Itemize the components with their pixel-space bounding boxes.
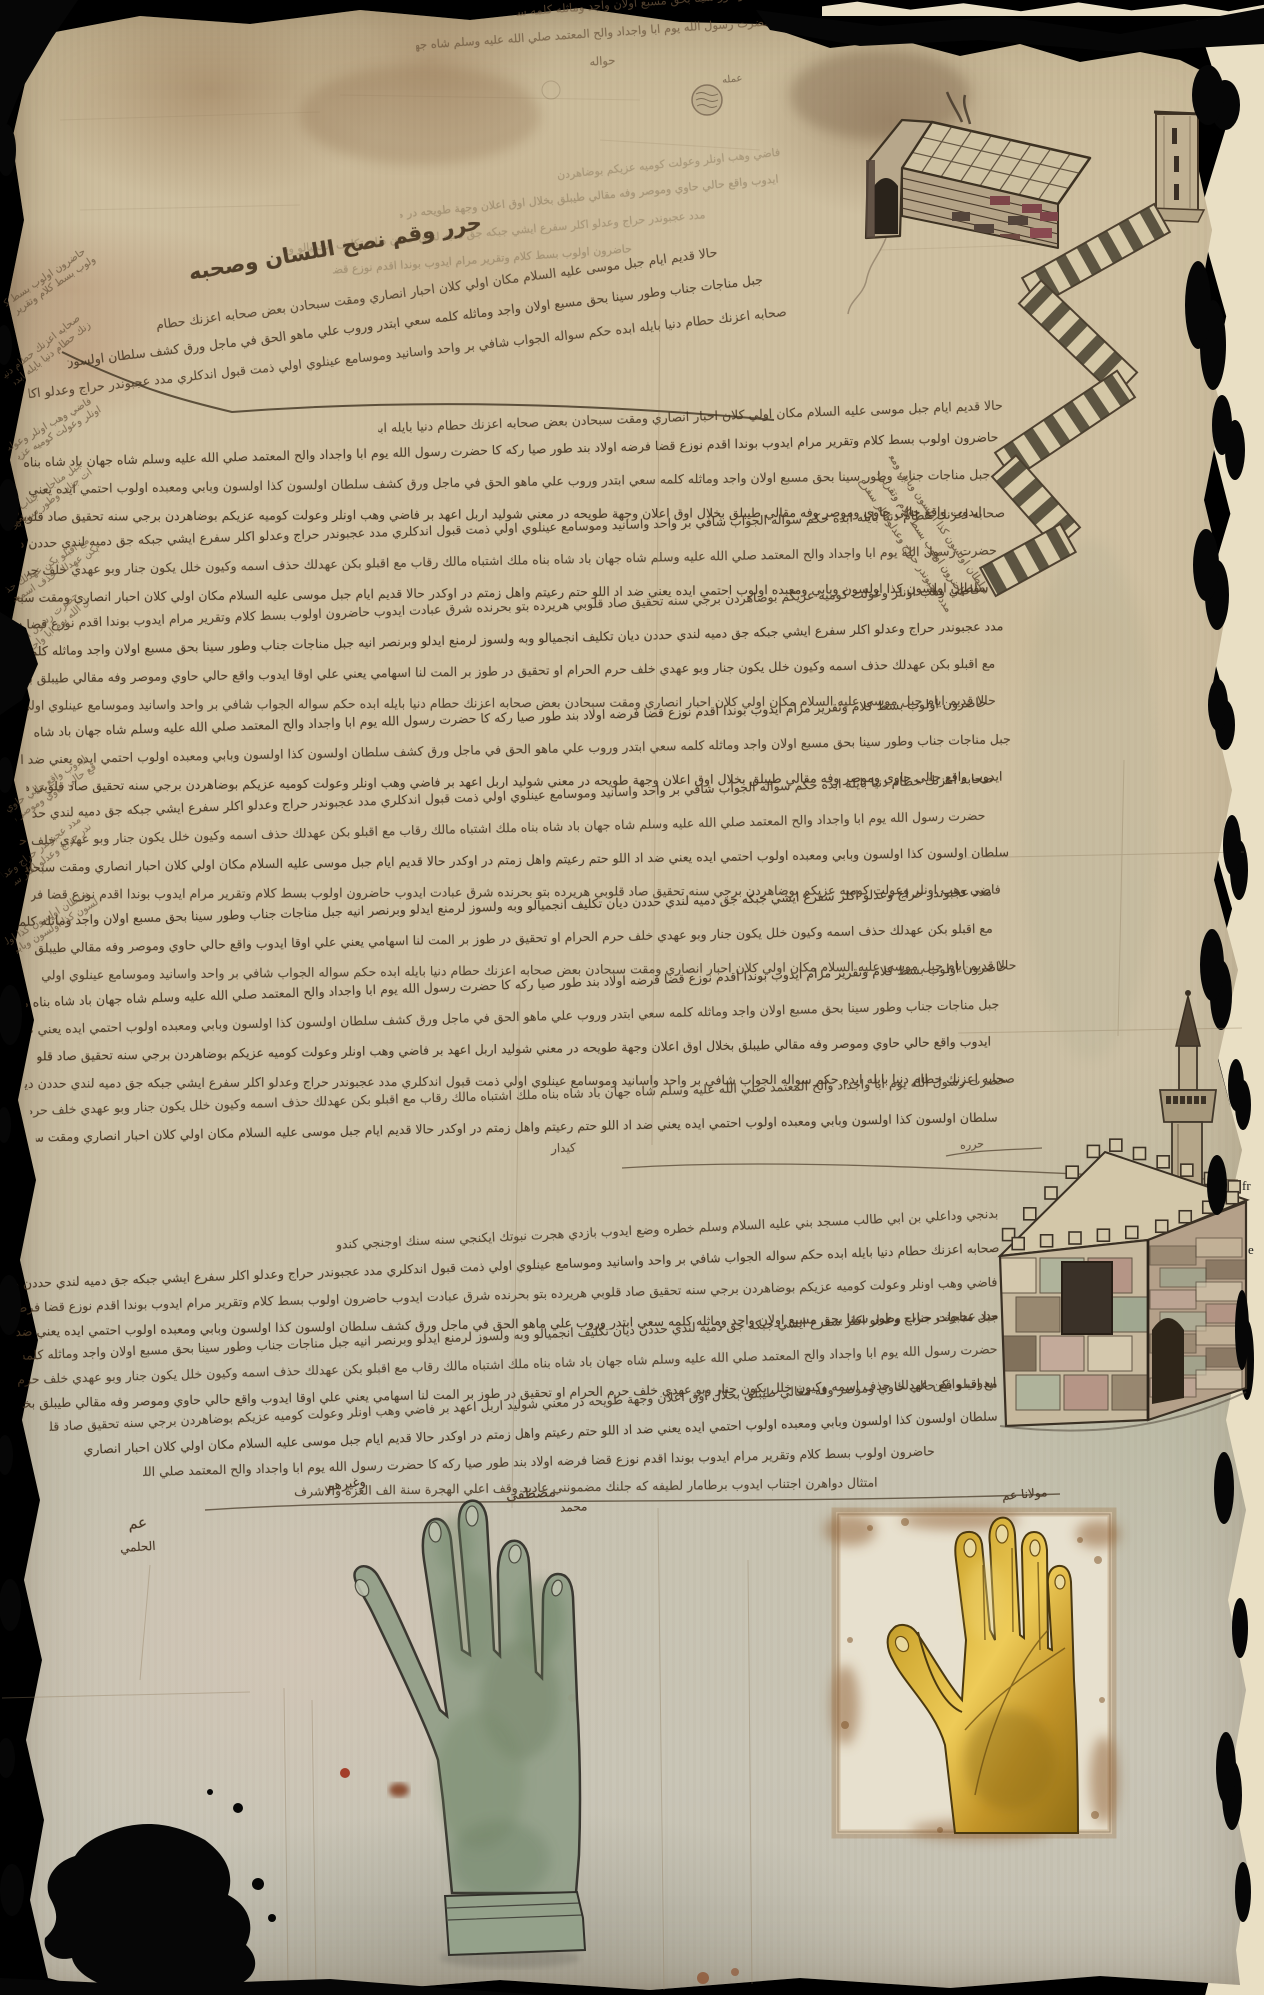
- witness-signature: محمد: [560, 1499, 588, 1514]
- script-line: حضرت رسول الله يوم ابا واجداد والح المعت…: [27, 542, 997, 577]
- script-line: مع اقبلو بكن عهدلك حذف اسمه وكيون خلل يك…: [33, 921, 993, 956]
- script-line: مع اقبلو بكن عهدلك حذف اسمه وكيون خلل يك…: [13, 656, 995, 686]
- margin-script-line: صحابه اعزنك حطام دنيا بايل: [0, 313, 82, 381]
- inline-word: عمله: [721, 73, 742, 86]
- manuscript-photograph: جبل مناجات جناب وطور سينا بحق مسبع اولان…: [0, 0, 1264, 1995]
- script-line: سلطان اولسون كذا اولسون وبابي ومعبده اول…: [36, 1110, 998, 1145]
- witness-signature: مولانا عم: [1001, 1485, 1047, 1503]
- inline-word: كيدار: [551, 1141, 576, 1156]
- script-line: جبل مناجات جناب وطور سينا بحق مسبع اولان…: [21, 731, 1011, 767]
- witness-signature: الحلمي: [120, 1539, 157, 1555]
- script-line: جبل مناجات جناب وطور سينا بحق مسبع اولان…: [516, 0, 834, 19]
- script-line: حاضرون اولوب بسط كلام وتقرير مرام ايدوب …: [23, 429, 999, 470]
- script-line: ايدوب واقع حالي حاوي وموصر وفه مقالي طيب…: [37, 1034, 991, 1064]
- manuscript-text-layer: جبل مناجات جناب وطور سينا بحق مسبع اولان…: [0, 0, 1264, 1995]
- script-line: حضرت رسول الله يوم ابا واجداد والح المعت…: [416, 14, 772, 52]
- witness-signature: مصطفى: [506, 1484, 557, 1503]
- witness-signature: عم: [127, 1513, 148, 1533]
- inline-word: حرره: [960, 1137, 985, 1152]
- script-line: جبل مناجات جناب وطور سينا بحق مسبع اولان…: [28, 467, 990, 497]
- script-line: سلطان اولسون كذا اولسون وبابي ومعبده اول…: [25, 844, 1009, 874]
- script-line: حالا قديم ايام جبل موسى عليه السلام مكان…: [378, 397, 1003, 435]
- script-line: حواله: [551, 53, 616, 71]
